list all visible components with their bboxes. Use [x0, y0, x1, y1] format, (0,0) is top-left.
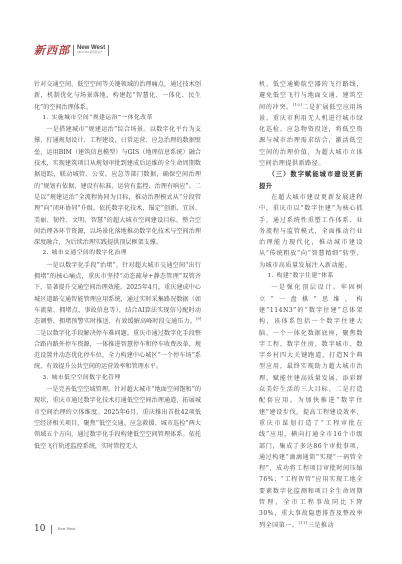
paragraph-part2: 二是扩展低空应用场景。重庆市利用无人机进行城市绿化巡检、应急物资投送，将低空资源…: [259, 104, 363, 167]
paragraph-traffic-part1: 一是以数字化手段“治堵”，针对超大城市交通空间“出行拥堵”的核心痛点，重庆市坚持…: [34, 262, 201, 325]
paragraph-intro: 针对交通空间、低空空间等关键领域的治理痛点，通过技术创新、机制优化与场景落地，构…: [34, 79, 201, 113]
footer-divider: [51, 525, 52, 534]
footer-magazine-name: New West: [57, 527, 75, 531]
right-column: 机、低空通勤航空器的飞行路线，避免低空飞行与地面交通、建筑空间的冲突。[10]二…: [259, 79, 363, 531]
paragraph-traffic-part2: 二是以数字化手段解决停车难问题。重庆市通过数字化手段整合路内路外停车资源，一体推…: [34, 330, 201, 371]
paragraph-top-design: 一是强化顶层设计。牢固树立“一盘棋”思维，构建“114N3”的“数字住建”总体架…: [259, 282, 363, 531]
paragraph-top-design-part1: 一是强化顶层设计。牢固树立“一盘棋”思维，构建“114N3”的“数字住建”总体架…: [259, 284, 363, 528]
masthead: 新西部 New West XIN XI BU 新西部杂志: [34, 42, 109, 58]
logo-divider-right: [108, 45, 109, 56]
paragraph-digital-construction: 在超大城市建设更新发展进程中，重庆市以“数字住建”为核心抓手，通过系统性重塑工作…: [259, 192, 363, 271]
subheading-3: 3. 城市低空空间数字化管理: [34, 373, 201, 384]
paragraph-low-altitude-cont: 机、低空通勤航空器的飞行路线，避免低空飞行与地面交通、建筑空间的冲突。[10]二…: [259, 79, 363, 169]
paragraph-low-altitude: 一是完善低空空域管理。针对超大城市“地面空间饱和”的现状，重庆市通过数字化技术打…: [34, 384, 201, 452]
paragraph-top-design-part2: 三是推动: [308, 522, 334, 529]
logo-divider: [73, 45, 74, 56]
citation-11: [11]: [299, 521, 308, 525]
paragraph-traffic: 一是以数字化手段“治堵”，针对超大城市交通空间“出行拥堵”的核心痛点，重庆市坚持…: [34, 260, 201, 373]
page-footer: 10 New West: [34, 524, 75, 534]
citation-10: [10]: [293, 103, 302, 107]
subheading-build-system: 1. 构建“数字住建”体系: [259, 271, 363, 282]
magazine-logo-english: New West XIN XI BU 新西部杂志: [77, 45, 105, 55]
logo-en-subtitle: XIN XI BU 新西部杂志: [77, 52, 105, 55]
citation-9: [9]: [196, 317, 201, 321]
section-heading-3: （三）数字赋能城市建设更新提升: [259, 169, 363, 192]
magazine-logo-chinese: 新西部: [34, 42, 70, 58]
subheading-1: 1. 实施城市空间“规建运治”一体化改革: [34, 113, 201, 124]
paragraph-spatial-reform: 一是搭建城市“规建运治”综合场景。以数字化平台为支撑，打通规划设计、工程建设、日…: [34, 124, 201, 248]
page-number: 10: [34, 524, 45, 534]
subheading-2: 2. 城市交通空间的数字化治理: [34, 248, 201, 259]
left-column: 针对交通空间、低空空间等关键领域的治理痛点，通过技术创新、机制优化与场景落地，构…: [34, 79, 201, 452]
